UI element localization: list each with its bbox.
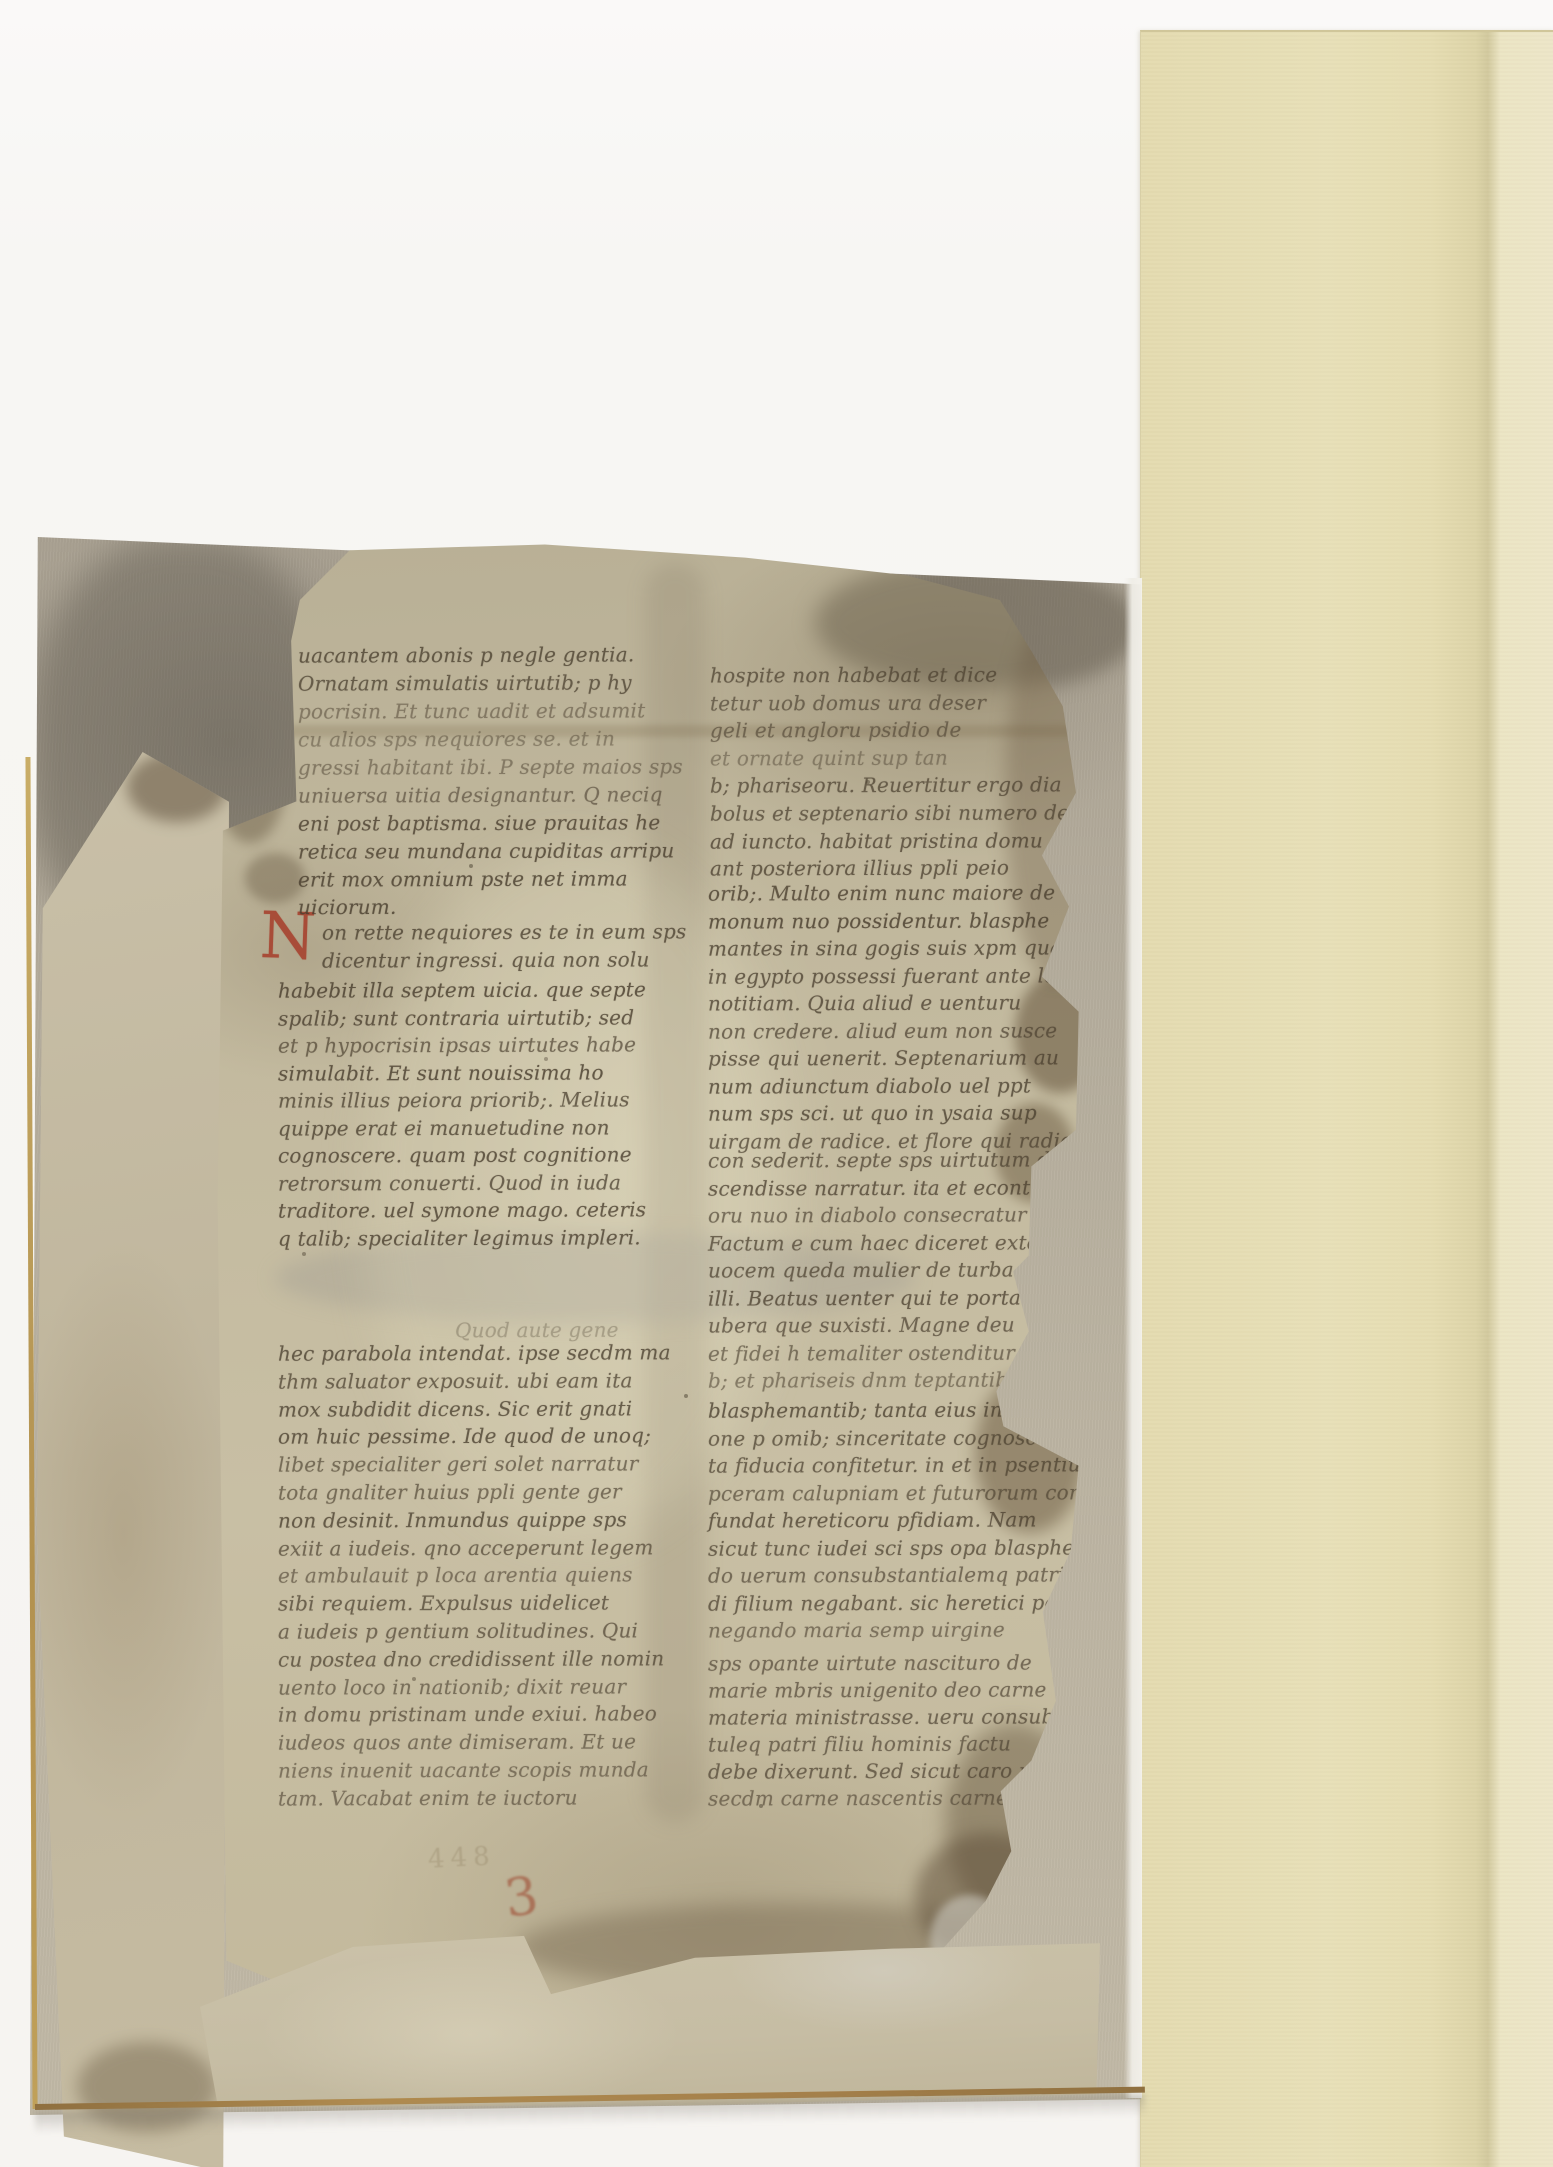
manuscript-text-line: pceram calupniam et futurorum con — [708, 1480, 1082, 1505]
manuscript-text-line: uocem queda mulier de turba — [708, 1257, 1014, 1282]
manuscript-text-line: quippe erat ei manuetudine non — [278, 1115, 610, 1140]
manuscript-text-line: uento loco in nationib; dixit reuar — [278, 1674, 626, 1699]
manuscript-text-line: hec parabola intendat. ipse secdm ma — [278, 1340, 671, 1365]
manuscript-text-line: illi. Beatus uenter qui te portauit — [708, 1285, 1049, 1310]
manuscript-text-line: eni post baptisma. siue prauitas he — [298, 810, 660, 835]
manuscript-text-line: cu postea dno credidissent ille nomin — [278, 1646, 664, 1671]
manuscript-text-line: scendisse narratur. ita et econtra — [708, 1175, 1052, 1200]
manuscript-text-line: on rette nequiores es te in eum sps — [322, 919, 687, 944]
manuscript-text-line: et ornate quint sup tan — [710, 745, 948, 770]
manuscript-text-line: tam. Vacabat enim te iuctoru — [278, 1785, 578, 1810]
manuscript-text-line: oru nuo in diabolo consecratur — [708, 1202, 1027, 1227]
manuscript-text-line: cognoscere. quam post cognitione — [278, 1142, 632, 1167]
manuscript-text-line: exiit a iudeis. qno acceperunt legem — [278, 1535, 654, 1560]
manuscript-text-line: tetur uob domus ura deser — [710, 690, 986, 715]
manuscript-text-line: mox subdidit dicens. Sic erit gnati — [278, 1396, 632, 1421]
manuscript-text-line: ad iuncto. habitat pristina domu — [710, 828, 1043, 853]
cream-interleaf-sheet — [1140, 30, 1553, 2167]
manuscript-text-line: spalib; sunt contraria uirtutib; sed — [278, 1005, 634, 1030]
manuscript-text-line: cu alios sps nequiores se. et in — [298, 726, 615, 751]
manuscript-text-line: in egypto possessi fuerant ante legis — [708, 963, 1086, 988]
manuscript-text-line: thm saluator exposuit. ubi eam ita — [278, 1368, 633, 1393]
manuscript-text-line: iudeos quos ante dimiseram. Et ue — [278, 1730, 636, 1755]
parchment-flap-left — [37, 752, 229, 2167]
manuscript-text-line: geli et angloru psidio de — [710, 718, 962, 743]
manuscript-text-line: sibi requiem. Expulsus uidelicet — [278, 1591, 609, 1616]
manuscript-text-line: orib;. Multo enim nunc maiore de — [708, 880, 1055, 905]
manuscript-text-line: et p hypocrisin ipsas uirtutes habe — [278, 1032, 636, 1057]
manuscript-text-line: dicentur ingressi. quia non solu — [322, 947, 650, 972]
manuscript-text-line: gressi habitant ibi. P septe maios sps — [298, 754, 683, 779]
manuscript-text-line: in domu pristinam unde exiui. habeo — [278, 1702, 657, 1727]
manuscript-text-line: num sps sci. ut quo in ysaia sup — [708, 1100, 1037, 1125]
manuscript-text-line: uacantem abonis p negle gentia. — [298, 642, 634, 667]
manuscript-text-line: q talib; specialiter legimus impleri. — [278, 1225, 641, 1250]
manuscript-text-line: ubera que suxisti. Magne deu — [708, 1312, 1015, 1337]
manuscript-text-line: con sederit. septe sps uirtutum de — [708, 1147, 1062, 1172]
manuscript-text-line: uiciorum. — [298, 895, 397, 919]
manuscript-text-line: erit mox omnium pste net imma — [298, 866, 628, 891]
backing-sheet-torn-edge — [1124, 578, 1142, 2098]
manuscript-leaf: N uacantem abonis p negle gentia.Ornatam… — [215, 543, 1090, 2003]
manuscript-text-line: et ambulauit p loca arentia quiens — [278, 1563, 633, 1588]
red-numeral: 3 — [502, 1870, 542, 1926]
manuscript-text-line: ant posteriora illius ppli peio — [710, 856, 1009, 881]
manuscript-text-line: uniuersa uitia designantur. Q neciq — [298, 782, 663, 807]
manuscript-text-line: non desinit. Inmundus quippe sps — [278, 1507, 627, 1532]
manuscript-text-line: ta fiducia confitetur. in et in psentiu — [708, 1452, 1081, 1477]
manuscript-text-line: tuleq patri filiu hominis factu — [708, 1731, 1011, 1756]
manuscript-text-line: simulabit. Et sunt nouissima ho — [278, 1060, 604, 1085]
digitized-manuscript-page: { "colors": { "page_background": "#f6f4f… — [0, 0, 1553, 2167]
manuscript-text-line: notitiam. Quia aliud e uenturu — [708, 990, 1021, 1015]
manuscript-text-line: pocrisin. Et tunc uadit et adsumit — [298, 698, 645, 723]
manuscript-text-line: monum nuo possidentur. blasphe — [708, 908, 1050, 933]
manuscript-text-line: Ornatam simulatis uirtutib; p hy — [298, 670, 632, 695]
manuscript-text-line: minis illius peiora priorib;. Melius — [278, 1087, 630, 1112]
manuscript-text-line: niens inuenit uacante scopis munda — [278, 1757, 649, 1782]
manuscript-text-line: Quod aute gene — [455, 1318, 619, 1343]
manuscript-text-line: materia ministrasse. ueru consub — [708, 1704, 1055, 1729]
manuscript-text-line: negando maria semp uirgine — [708, 1617, 1005, 1642]
manuscript-text-line: mantes in sina gogis suis xpm qua — [708, 935, 1062, 960]
manuscript-text-line: libet specialiter geri solet narratur — [278, 1452, 639, 1477]
manuscript-text-line: a iudeis p gentium solitudines. Qui — [278, 1618, 638, 1643]
manuscript-text-line: traditore. uel symone mago. ceteris — [278, 1197, 646, 1222]
manuscript-text-line: retica seu mundana cupiditas arripu — [298, 838, 675, 863]
manuscript-text-line: fundat hereticoru pfidiam. Nam — [708, 1507, 1037, 1532]
manuscript-text-line: do uerum consubstantialemq patri — [708, 1562, 1065, 1587]
manuscript-text-line: b; phariseoru. Reuertitur ergo dia — [710, 773, 1062, 798]
manuscript-text-line: hospite non habebat et dice — [710, 662, 997, 687]
manuscript-text-line: retrorsum conuerti. Quod in iuda — [278, 1170, 621, 1195]
manuscript-text-line: num adiunctum diabolo uel ppt — [708, 1073, 1031, 1098]
manuscript-text-line: tota gnaliter huius ppli gente ger — [278, 1479, 622, 1504]
ghost-numerals: 448 — [427, 1843, 496, 1873]
manuscript-text-line: marie mbris unigenito deo carne — [708, 1677, 1047, 1702]
stain — [245, 853, 305, 903]
manuscript-text-line: pisse qui uenerit. Septenarium au — [708, 1045, 1059, 1070]
manuscript-text-line: di filium negabant. sic heretici postea — [708, 1590, 1100, 1615]
manuscript-text-line: habebit illa septem uicia. que septe — [278, 977, 646, 1002]
manuscript-text-line: non credere. aliud eum non susce — [708, 1018, 1057, 1043]
manuscript-text-line: bolus et septenario sibi numero dem — [710, 800, 1088, 825]
manuscript-text-line: sicut tunc iudei sci sps opa blaspheman — [708, 1535, 1119, 1560]
manuscript-text-line: om huic pessime. Ide quod de unoq; — [278, 1424, 651, 1449]
manuscript-text-line: sps opante uirtute nascituro de — [708, 1650, 1032, 1675]
manuscript-text-line: secdm carne nascentis carne uir — [708, 1785, 1044, 1810]
manuscript-text-line: Factum e cum haec diceret extol — [708, 1230, 1046, 1255]
